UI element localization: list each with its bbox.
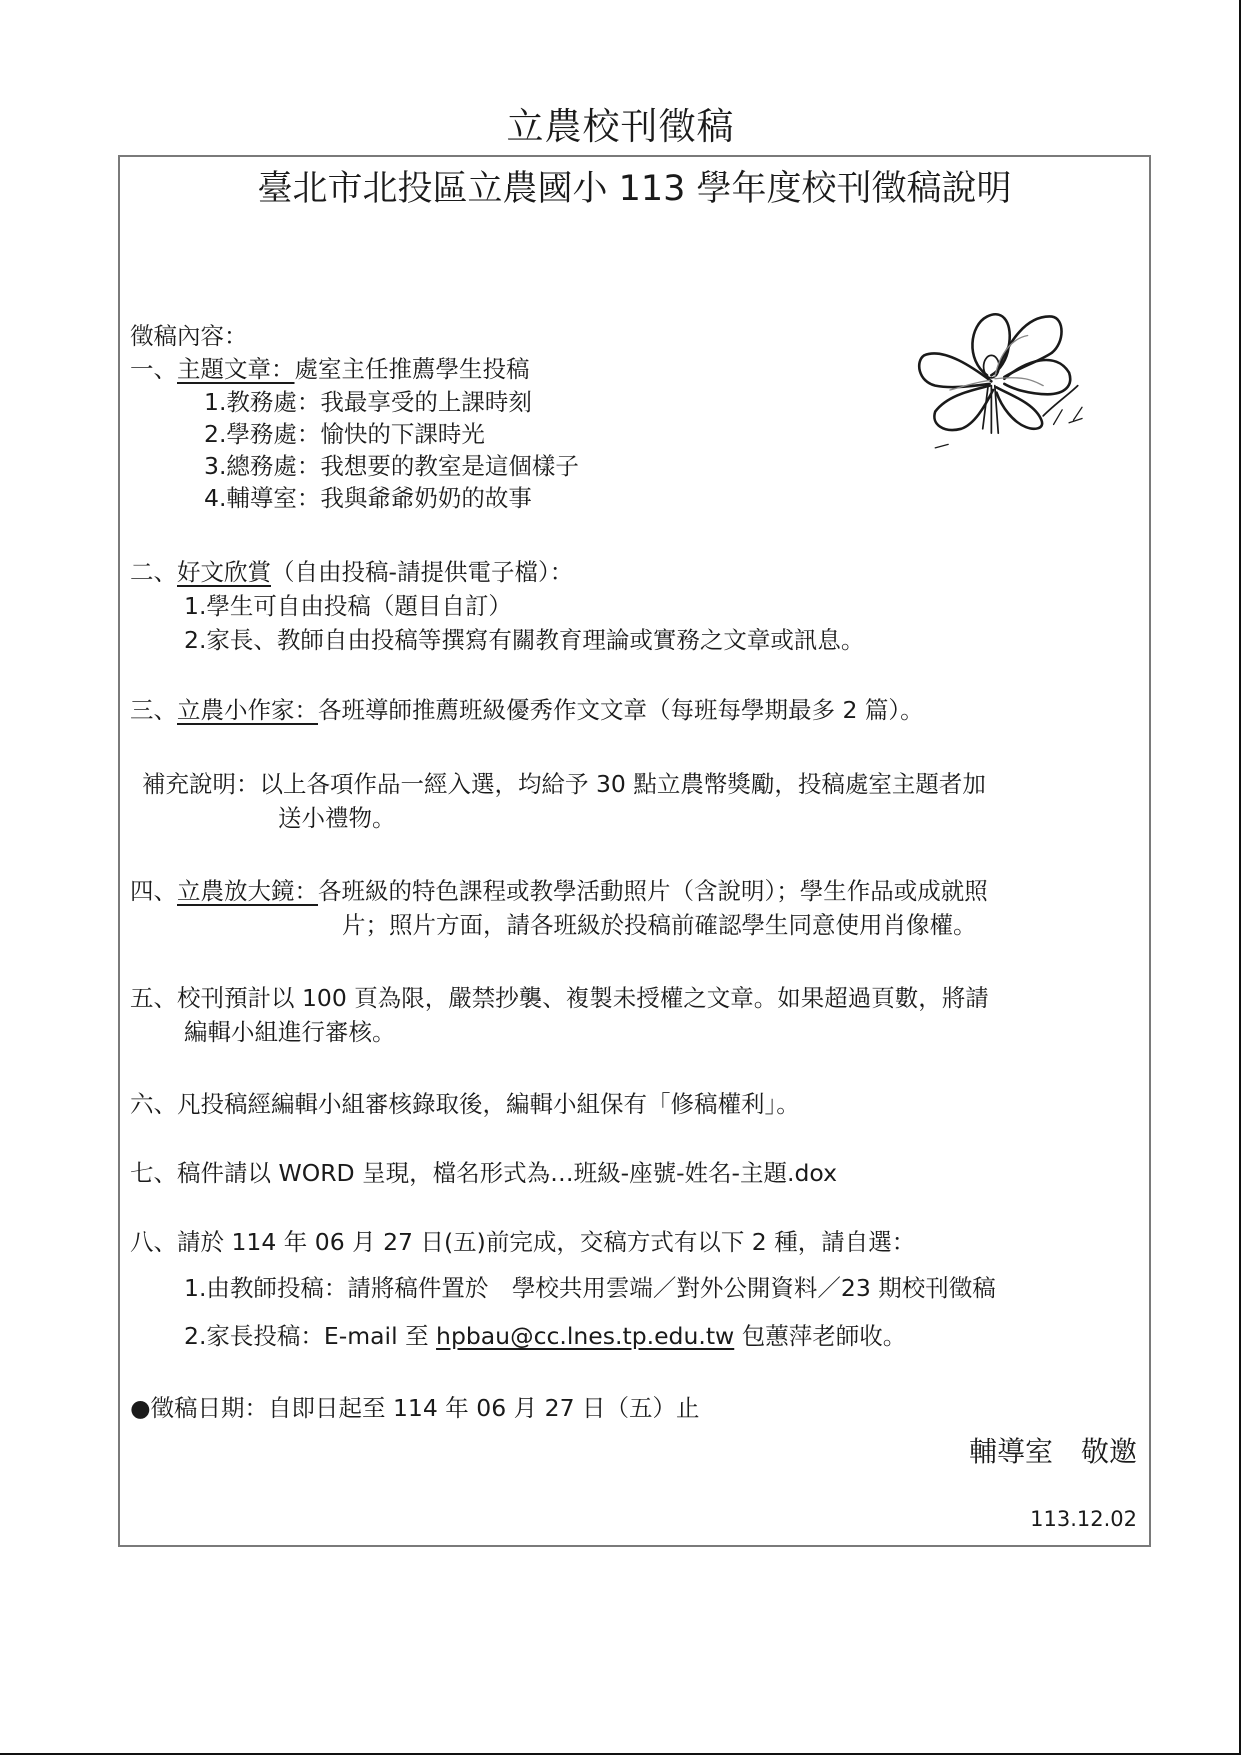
supplement-text: 以上各項作品一經入選，均給予 30 點立農幣獎勵，投稿處室主題者加 (260, 770, 986, 798)
section-2-item: 2.家長、教師自由投稿等撰寫有關教育理論或實務之文章或訊息。 (184, 624, 864, 656)
section-8-item-2-suffix: 包蕙萍老師收。 (734, 1322, 906, 1350)
supplement-line-1: 補充說明：以上各項作品一經入選，均給予 30 點立農幣獎勵，投稿處室主題者加 (142, 768, 986, 800)
section-5-line-1: 五、校刊預計以 100 頁為限，嚴禁抄襲、複製未授權之文章。如果超過頁數，將請 (130, 982, 989, 1014)
intro-label: 徵稿內容： (130, 320, 248, 352)
section-2-item: 1.學生可自由投稿（題目自訂） (184, 590, 512, 622)
section-2-desc: （自由投稿-請提供電子檔）： (271, 558, 573, 586)
section-8-item-2: 2.家長投稿：E-mail 至 hpbau@cc.lnes.tp.edu.tw … (184, 1320, 906, 1352)
section-2-title: 好文欣賞 (177, 558, 271, 586)
section-3-number: 三、 (130, 696, 177, 724)
section-3-desc: 各班導師推薦班級優秀作文文章（每班每學期最多 2 篇）。 (318, 696, 924, 724)
section-4-desc: 各班級的特色課程或教學活動照片（含說明）；學生作品或成就照 (318, 877, 988, 905)
section-7: 七、稿件請以 WORD 呈現，檔名形式為…班級-座號-姓名-主題.dox (130, 1157, 837, 1189)
section-3-heading: 三、立農小作家：各班導師推薦班級優秀作文文章（每班每學期最多 2 篇）。 (130, 694, 924, 726)
issue-date: 113.12.02 (1030, 1505, 1137, 1533)
section-1-desc: 處室主任推薦學生投稿 (295, 355, 530, 383)
section-4-title: 立農放大鏡： (177, 877, 318, 905)
announcement-title: 臺北市北投區立農國小 113 學年度校刊徵稿說明 (120, 165, 1149, 213)
section-2-heading: 二、好文欣賞（自由投稿-請提供電子檔）： (130, 556, 573, 588)
section-4-heading: 四、立農放大鏡：各班級的特色課程或教學活動照片（含說明）；學生作品或成就照 (130, 875, 988, 907)
section-2-number: 二、 (130, 558, 177, 586)
section-1-item: 4.輔導室：我與爺爺奶奶的故事 (204, 482, 532, 514)
section-8-heading: 八、請於 114 年 06 月 27 日(五)前完成，交稿方式有以下 2 種，請… (130, 1226, 915, 1258)
section-5-line-2: 編輯小組進行審核。 (184, 1016, 396, 1048)
section-1-item: 2.學務處：愉快的下課時光 (204, 418, 485, 450)
supplement-label: 補充說明： (142, 770, 260, 798)
section-8-item-1: 1.由教師投稿：請將稿件置於 學校共用雲端／對外公開資料／23 期校刊徵稿 (184, 1272, 996, 1304)
section-6: 六、凡投稿經編輯小組審核錄取後，編輯小組保有「修稿權利」。 (130, 1088, 800, 1120)
section-1-heading: 一、主題文章：處室主任推薦學生投稿 (130, 353, 530, 385)
document-title: 立農校刊徵稿 (0, 103, 1241, 151)
deadline: ●徵稿日期：自即日起至 114 年 06 月 27 日（五）止 (130, 1392, 699, 1424)
section-8-item-2-prefix: 2.家長投稿：E-mail 至 (184, 1322, 436, 1350)
flower-sketch-icon (905, 297, 1095, 457)
supplement-line-2: 送小禮物。 (278, 802, 396, 834)
section-1-item: 1.教務處：我最享受的上課時刻 (204, 386, 532, 418)
section-3-title: 立農小作家： (177, 696, 318, 724)
section-1-item: 3.總務處：我想要的教室是這個樣子 (204, 450, 579, 482)
section-4-line-2: 片；照片方面，請各班級於投稿前確認學生同意使用肖像權。 (342, 909, 977, 941)
section-1-title: 主題文章： (177, 355, 295, 383)
email-link[interactable]: hpbau@cc.lnes.tp.edu.tw (436, 1322, 734, 1350)
section-1-number: 一、 (130, 355, 177, 383)
section-4-number: 四、 (130, 877, 177, 905)
announcement-frame: 臺北市北投區立農國小 113 學年度校刊徵稿說明 徵稿內容： 一、主題文章：處室… (118, 155, 1151, 1547)
signature: 輔導室 敬邀 (969, 1434, 1137, 1470)
